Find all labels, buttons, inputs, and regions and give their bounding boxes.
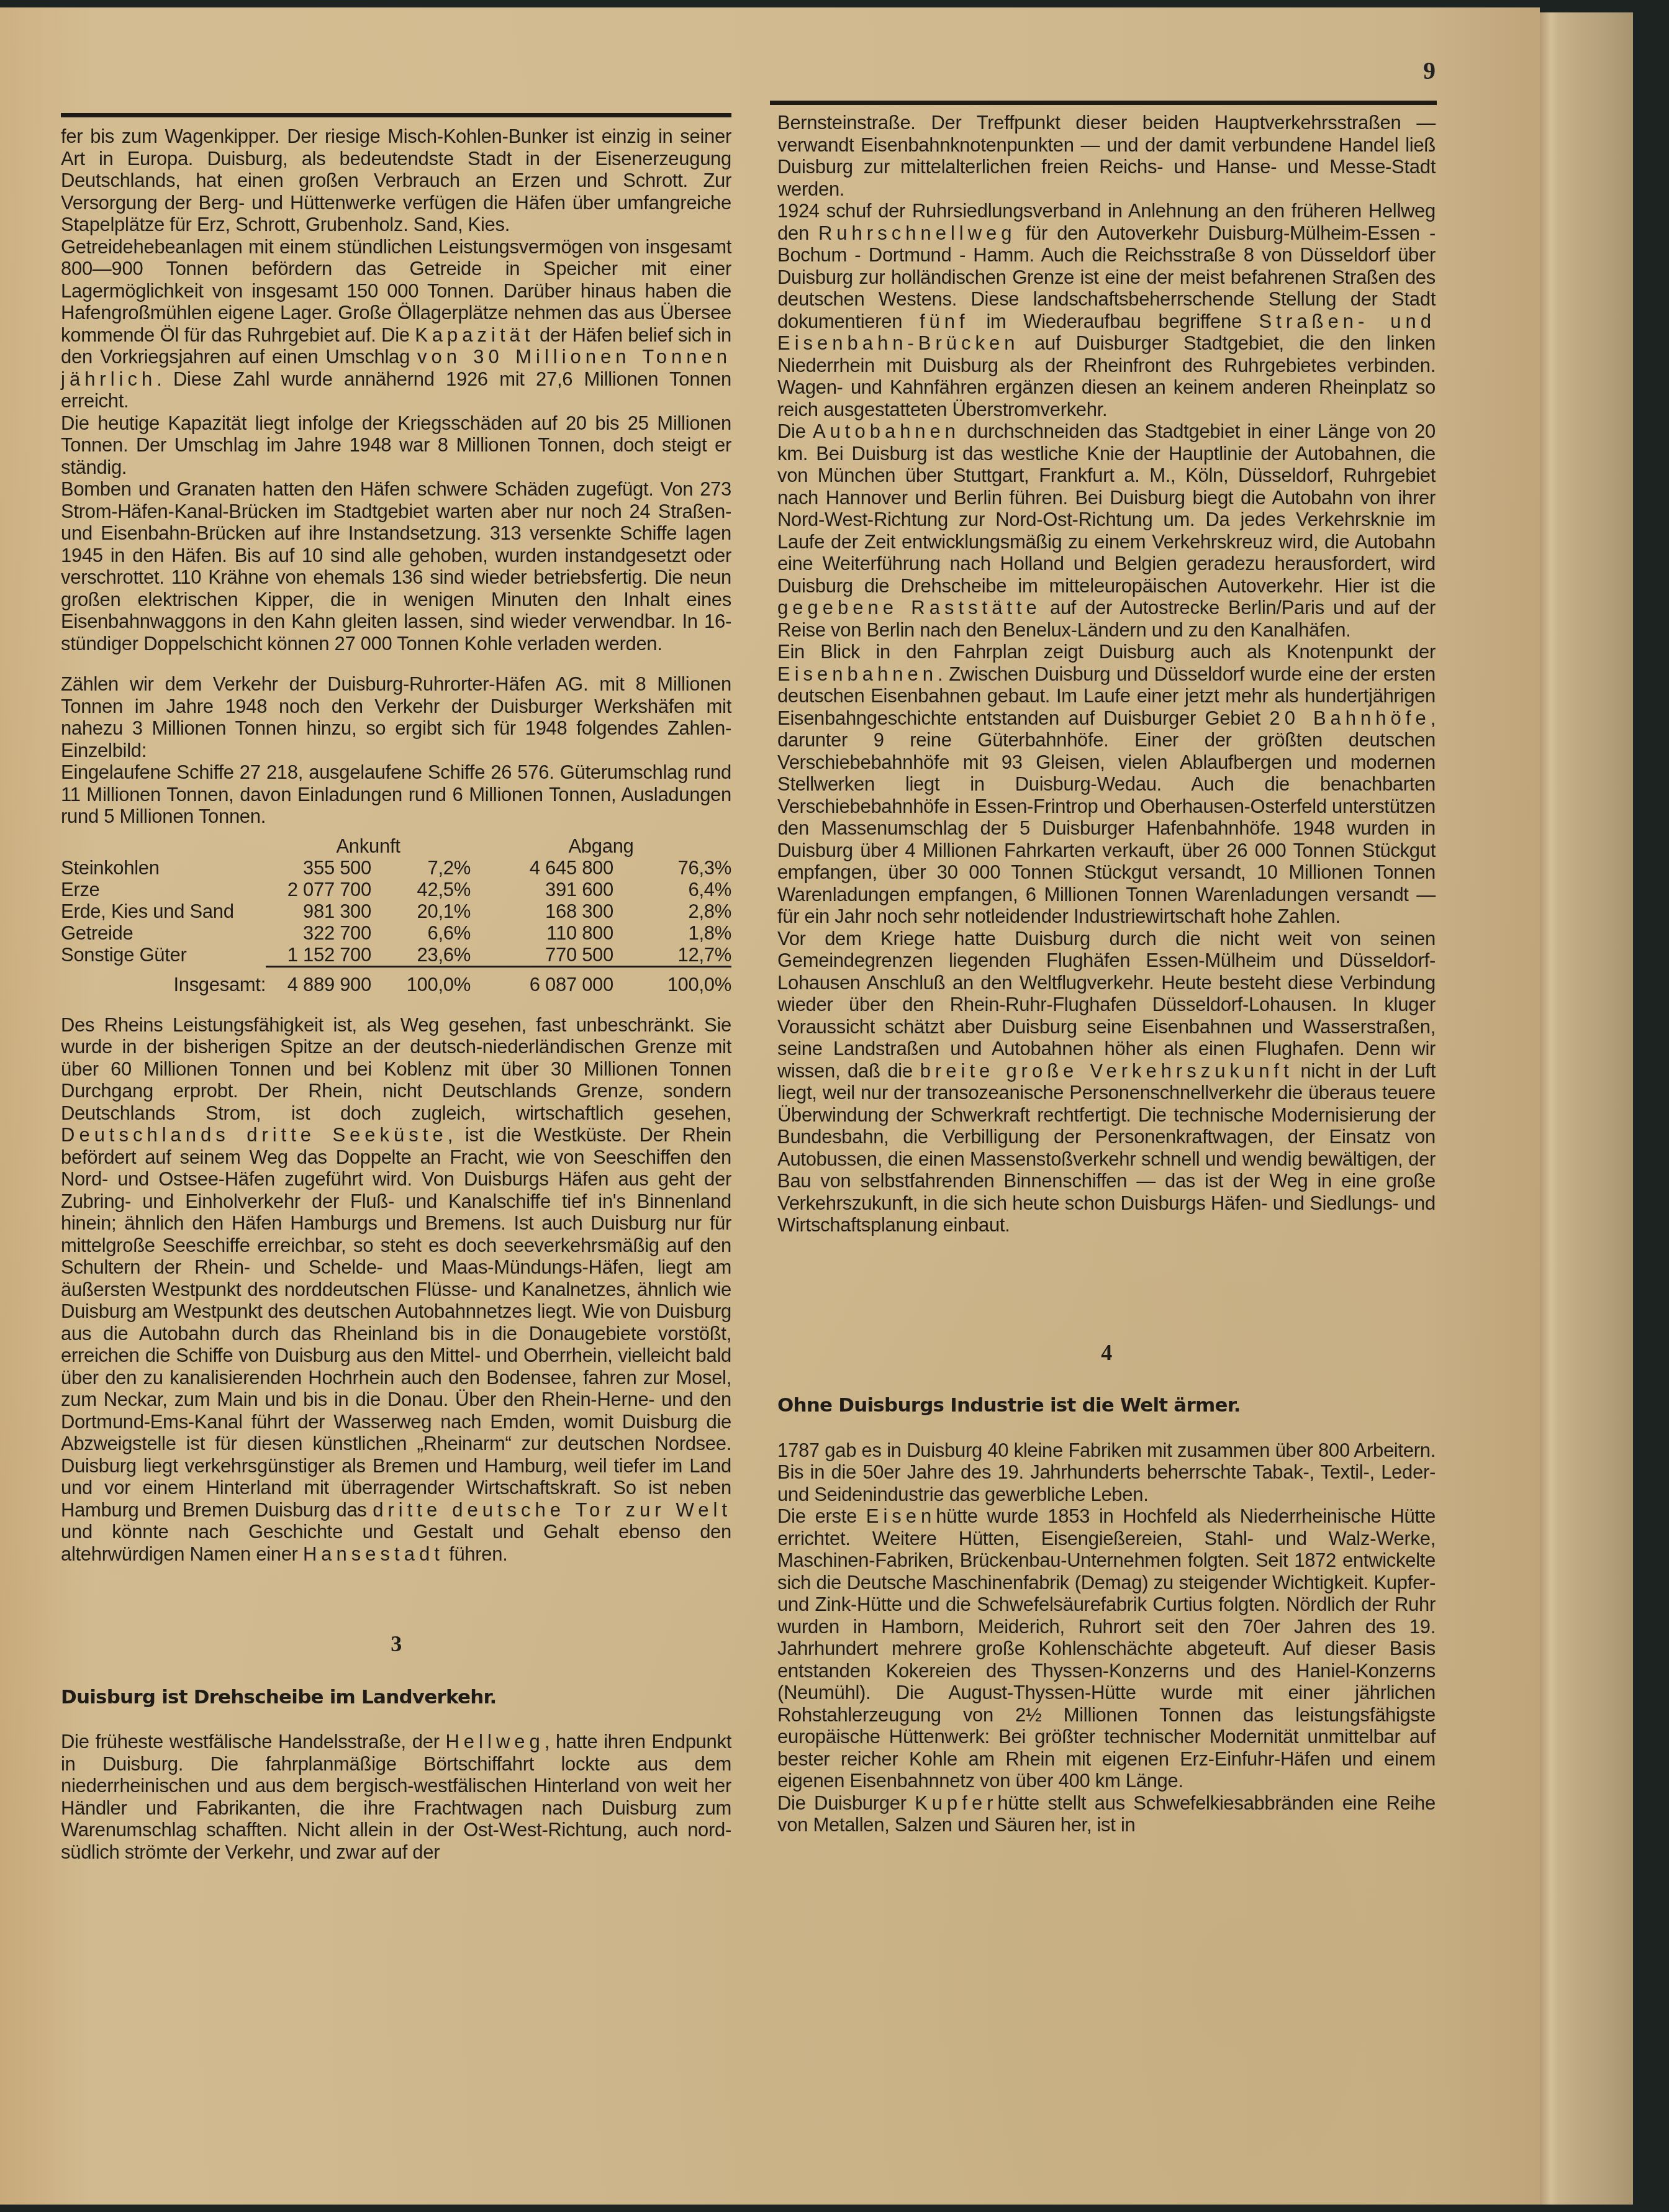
right-column: Bernsteinstraße. Der Treffpunkt dieser b… [777,112,1436,1836]
paragraph-rhein: Des Rheins Leistungsfähigkeit ist, als W… [61,1014,731,1566]
table-row: Erze 2 077 700 42,5% 391 600 6,4% [61,879,731,900]
paragraph-hellweg: Die früheste westfälische Handelsstraße,… [61,1731,731,1863]
paragraph-verkehr: Zählen wir dem Verkehr der Duisburg-Ruhr… [61,673,731,761]
book-page: 9 fer bis zum Wagenkipper. Der riesige M… [0,7,1540,2205]
book-page-edge [1540,12,1633,2205]
paragraph-autobahnen: Die Autobahnen durchschneiden das Stadtg… [777,420,1436,641]
paragraph-kupferhuette: Die Duisburger Kupferhütte stellt aus Sc… [777,1792,1436,1836]
paragraph-kapazitaet-heute: Die heutige Kapazität liegt infolge der … [61,412,731,479]
left-column: fer bis zum Wagenkipper. Der riesige Mis… [61,125,731,1863]
table-row: Erde, Kies und Sand 981 300 20,1% 168 30… [61,900,731,922]
paragraph-fabriken: 1787 gab es in Duisburg 40 kleine Fabrik… [777,1439,1436,1506]
table-row: Sonstige Güter 1 152 700 23,6% 770 500 1… [61,944,731,967]
section-number-3: 3 [61,1633,731,1656]
table-row: Steinkohlen 355 500 7,2% 4 645 800 76,3% [61,857,731,879]
table-row: Getreide 322 700 6,6% 110 800 1,8% [61,922,731,944]
section-title-3: Duisburg ist Drehscheibe im Landverkehr. [61,1687,731,1709]
paragraph-bomben: Bomben und Granaten hatten den Häfen sch… [61,478,731,655]
header-departure: Abgang [471,835,731,857]
section-number-4: 4 [777,1342,1436,1364]
paragraph-bunker: fer bis zum Wagenkipper. Der riesige Mis… [61,125,731,236]
paragraph-eisenbahnen: Ein Blick in den Fahrplan zeigt Duisburg… [777,641,1436,928]
paragraph-eisenhuette: Die erste Eisenhütte wurde 1853 in Hochf… [777,1505,1436,1792]
cargo-table: Ankunft Abgang Steinkohlen 355 500 7,2% … [61,835,731,995]
header-rule-left [61,113,731,117]
paragraph-bernsteinstrasse: Bernsteinstraße. Der Treffpunkt dieser b… [777,112,1436,200]
section-title-4: Ohne Duisburgs Industrie ist die Welt är… [777,1395,1436,1417]
paragraph-flughaefen: Vor dem Kriege hatte Duisburg durch die … [777,928,1436,1236]
table-header-row: Ankunft Abgang [61,835,731,857]
paragraph-ruhrschnellweg: 1924 schuf der Ruhrsiedlungsverband in A… [777,200,1436,420]
page-number: 9 [1423,56,1436,85]
header-rule-right [770,101,1437,105]
paragraph-getreide: Getreidehebeanlagen mit einem stündliche… [61,236,731,412]
paragraph-schiffe: Eingelaufene Schiffe 27 218, ausgelaufen… [61,761,731,828]
header-arrival: Ankunft [266,835,471,857]
table-total-row: Insgesamt: 4 889 900 100,0% 6 087 000 10… [61,969,731,995]
